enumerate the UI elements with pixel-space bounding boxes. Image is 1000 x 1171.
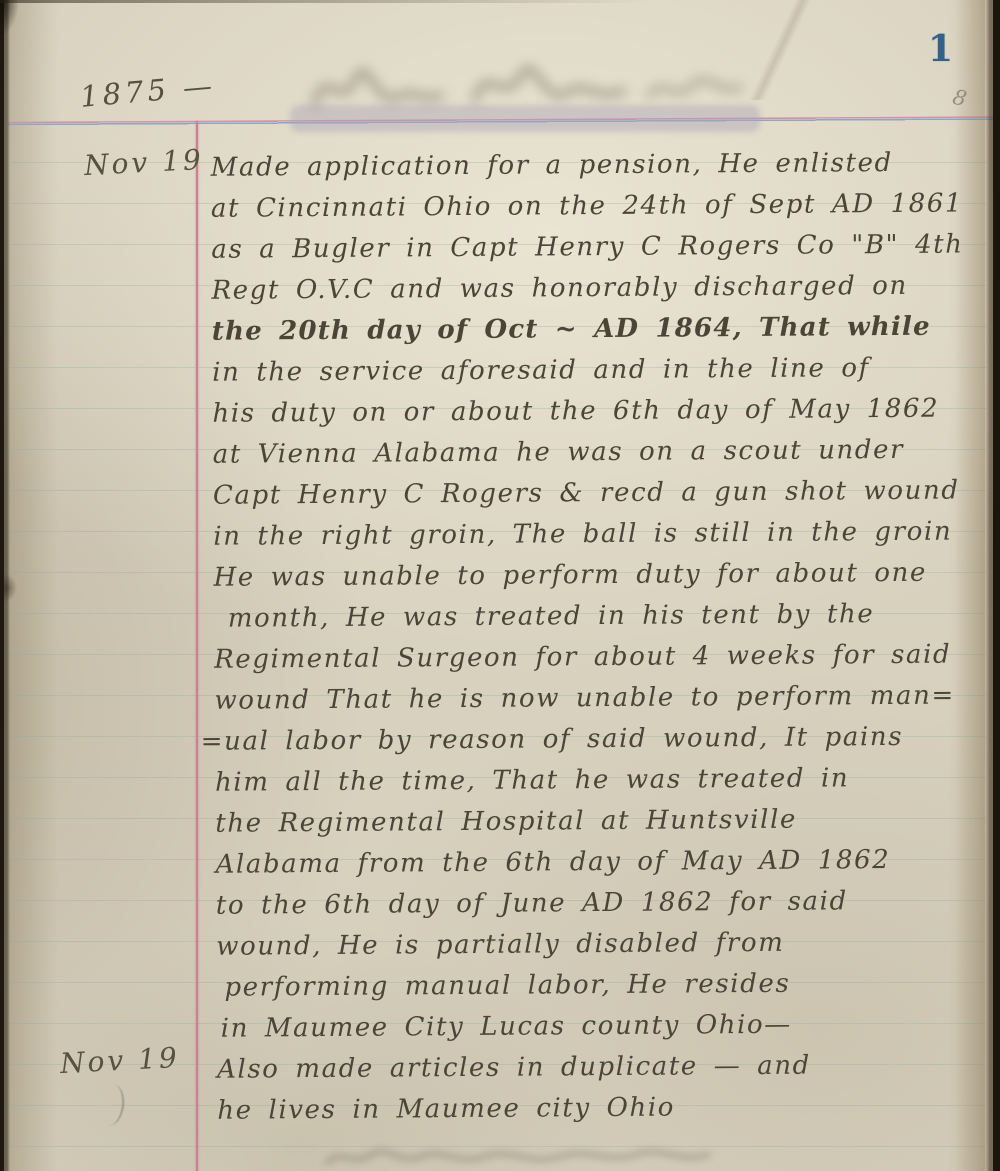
page-edge-shading: [955, 0, 985, 1171]
entry1-line: Regimental Surgeon for about 4 weeks for…: [214, 634, 1000, 680]
binding-edge-left: [0, 0, 10, 1171]
year-heading: 1875 —: [79, 68, 217, 114]
top-edge-shadow: [0, 0, 650, 3]
page-number: 1: [928, 28, 953, 70]
next-entry-ghost-strokes: [318, 1142, 748, 1171]
entry1-line: his duty on or about the 6th day of May …: [212, 388, 998, 434]
entry1-line: as a Bugler in Capt Henry C Rogers Co "B…: [211, 224, 997, 270]
entry1-line: He was unable to perform duty for about …: [213, 552, 999, 598]
entry1-line: the Regimental Hospital at Huntsville: [215, 798, 1000, 844]
entry1-line: the 20th day of Oct ~ AD 1864, That whil…: [212, 306, 998, 352]
entry1-line: in the service aforesaid and in the line…: [212, 347, 998, 393]
entry1-line: wound, He is partially disabled from: [216, 921, 1000, 967]
entry1-line: =ual labor by reason of said wound, It p…: [201, 716, 1000, 763]
entry1-line: Alabama from the 6th day of May AD 1862: [215, 839, 1000, 885]
entry1-line: Made application for a pension, He enlis…: [211, 142, 997, 188]
margin-date-entry-2: Nov 19: [59, 1041, 180, 1080]
margin-vertical-rule: [196, 121, 198, 1171]
redacted-name-ghost-strokes: [296, 44, 766, 122]
corner-shadow: [0, 0, 18, 34]
book-edge-right: [985, 0, 1000, 1171]
margin-date-entry-1: Nov 19: [83, 143, 204, 182]
entry1-line: performing manual labor, He resides: [216, 962, 1000, 1008]
pencil-paren-mark: [100, 1083, 127, 1127]
ledger-page: 1 8 1875 — Nov 19 Nov 19 Made applicatio…: [0, 0, 1000, 1171]
entry1-line: Regt O.V.C and was honorably discharged …: [211, 265, 997, 311]
entry-text-block: Made application for a pension, He enlis…: [211, 142, 1000, 1131]
entry1-line: him all the time, That he was treated in: [215, 757, 1000, 803]
entry1-line: in the right groin, The ball is still in…: [213, 511, 999, 557]
entry2-line: he lives in Maumee city Ohio: [217, 1085, 1000, 1131]
entry1-line: Capt Henry C Rogers & recd a gun shot wo…: [213, 470, 999, 516]
entry2-line: Also made articles in duplicate — and: [217, 1044, 1000, 1090]
entry1-line: in Maumee City Lucas county Ohio—: [217, 1003, 1000, 1049]
entry1-line: month, He was treated in his tent by the: [214, 593, 1000, 639]
entry1-line: wound That he is now unable to perform m…: [214, 675, 1000, 721]
entry1-line: at Vienna Alabama he was on a scout unde…: [213, 429, 999, 475]
entry1-line: at Cincinnati Ohio on the 24th of Sept A…: [211, 183, 997, 229]
entry1-line: to the 6th day of June AD 1862 for said: [216, 880, 1000, 926]
